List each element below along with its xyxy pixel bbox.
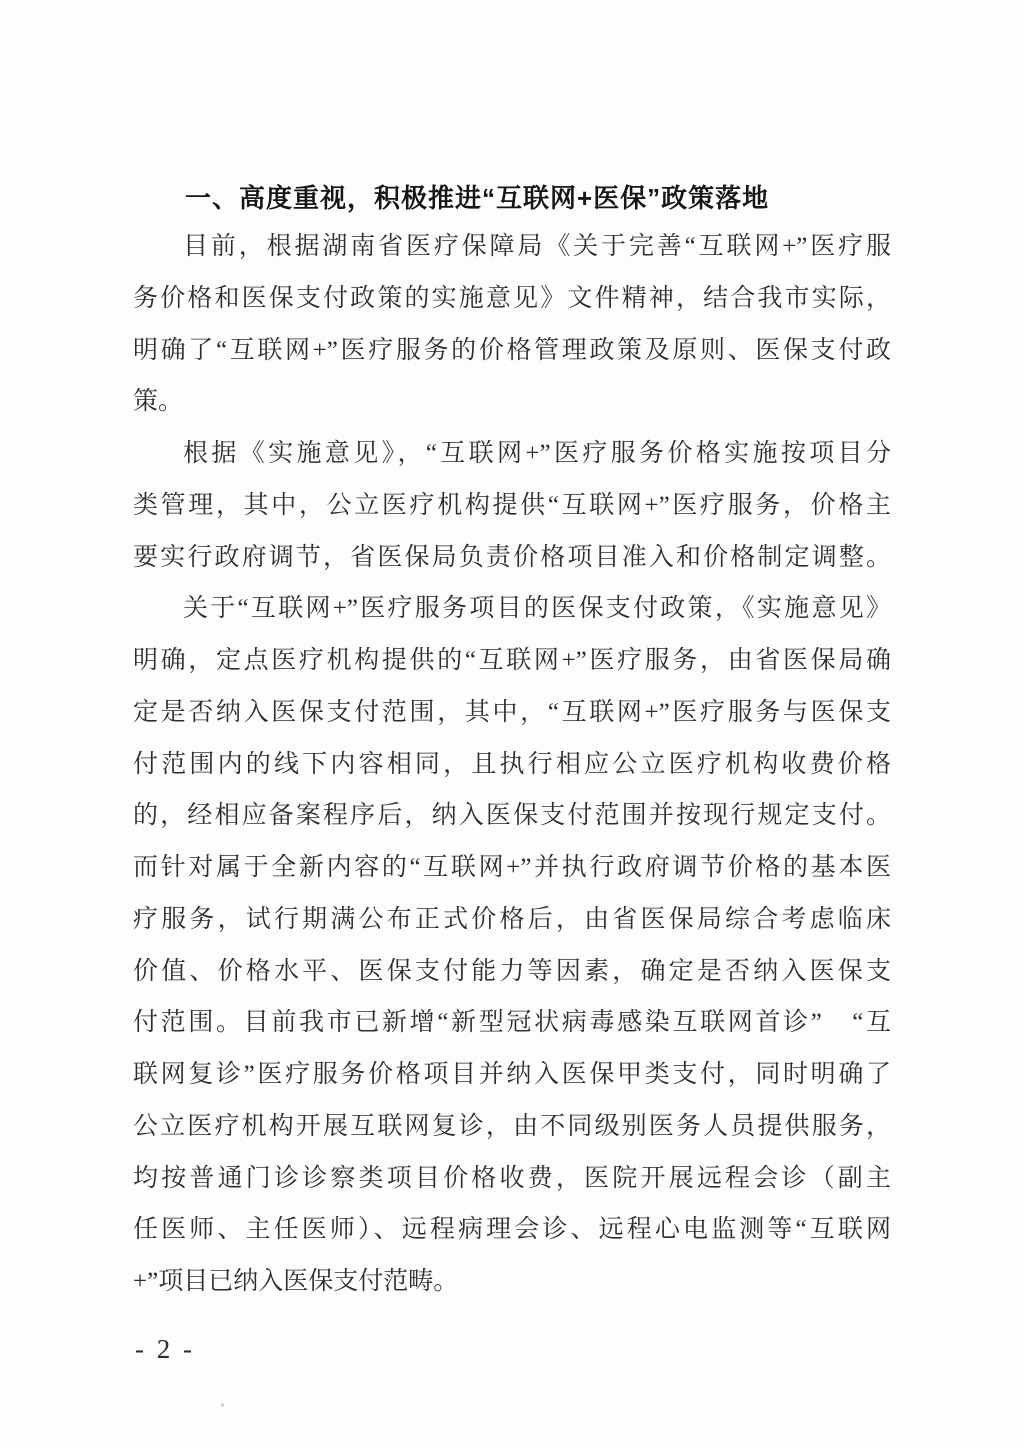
document-paragraphs: 目前，根据湖南省医疗保障局《关于完善“互联网+”医疗服务价格和医保支付政策的实施… (133, 221, 891, 1308)
text-line: 明确，定点医疗机构提供的“互联网+”医疗服务，由省医保局确 (133, 635, 891, 687)
page-number: - 2 - (135, 1331, 195, 1367)
text-line: 关于“互联网+”医疗服务项目的医保支付政策，《实施意见》 (133, 583, 891, 635)
paragraph: 关于“互联网+”医疗服务项目的医保支付政策，《实施意见》明确，定点医疗机构提供的… (133, 583, 891, 1308)
text-line: 疗服务，试行期满公布正式价格后，由省医保局综合考虑临床 (133, 894, 891, 946)
document-body: 一、高度重视，积极推进“互联网+医保”政策落地 目前，根据湖南省医疗保障局《关于… (133, 179, 891, 1308)
text-line: 务价格和医保支付政策的实施意见》文件精神，结合我市实际， (133, 273, 891, 325)
text-line: 明确了“互联网+”医疗服务的价格管理政策及原则、医保支付政 (133, 325, 891, 377)
text-line: 付范围内的线下内容相同，且执行相应公立医疗机构收费价格 (133, 739, 891, 791)
text-line: 而针对属于全新内容的“互联网+”并执行政府调节价格的基本医 (133, 842, 891, 894)
text-line: 目前，根据湖南省医疗保障局《关于完善“互联网+”医疗服 (133, 221, 891, 273)
text-line: 联网复诊”医疗服务价格项目并纳入医保甲类支付，同时明确了 (133, 1049, 891, 1101)
text-line: 付范围。目前我市已新增“新型冠状病毒感染互联网首诊” “互 (133, 997, 891, 1049)
text-line: 的，经相应备案程序后，纳入医保支付范围并按现行规定支付。 (133, 790, 891, 842)
text-line: 类管理，其中，公立医疗机构提供“互联网+”医疗服务，价格主 (133, 480, 891, 532)
text-line: 公立医疗机构开展互联网复诊，由不同级别医务人员提供服务， (133, 1101, 891, 1153)
text-line: 策。 (133, 376, 891, 428)
paragraph: 目前，根据湖南省医疗保障局《关于完善“互联网+”医疗服务价格和医保支付政策的实施… (133, 221, 891, 428)
section-heading: 一、高度重视，积极推进“互联网+医保”政策落地 (133, 179, 891, 217)
scan-speck (221, 1403, 224, 1407)
text-line: 价值、价格水平、医保支付能力等因素，确定是否纳入医保支 (133, 946, 891, 998)
text-line: 任医师、主任医师）、远程病理会诊、远程心电监测等“互联网 (133, 1204, 891, 1256)
text-line: 均按普通门诊诊察类项目价格收费，医院开展远程会诊（副主 (133, 1153, 891, 1205)
text-line: 定是否纳入医保支付范围，其中，“互联网+”医疗服务与医保支 (133, 687, 891, 739)
text-line: 根据《实施意见》，“互联网+”医疗服务价格实施按项目分 (133, 428, 891, 480)
paragraph: 根据《实施意见》，“互联网+”医疗服务价格实施按项目分类管理，其中，公立医疗机构… (133, 428, 891, 583)
text-line: 要实行政府调节，省医保局负责价格项目准入和价格制定调整。 (133, 532, 891, 584)
text-line: +”项目已纳入医保支付范畴。 (133, 1256, 891, 1308)
document-page: 一、高度重视，积极推进“互联网+医保”政策落地 目前，根据湖南省医疗保障局《关于… (0, 0, 1024, 1447)
